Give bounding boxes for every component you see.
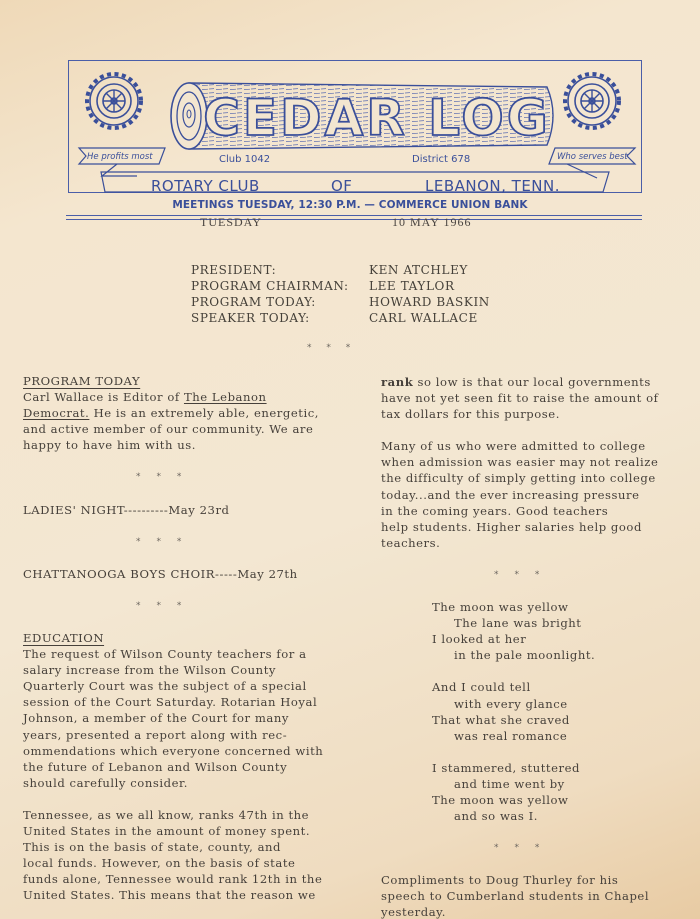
cedar-log-illustration: CEDAR LOG	[167, 79, 557, 151]
choir-notice: CHATTANOOGA BOYS CHOIR-----May 27th	[23, 566, 368, 582]
college-line: in the coming years. Good teachers	[381, 503, 700, 519]
college-line: teachers.	[381, 535, 700, 551]
club-number: Club 1042	[219, 154, 270, 165]
education-line: United States in the amount of money spe…	[23, 823, 368, 839]
education-line: Tennessee, as we all know, ranks 47th in…	[23, 807, 368, 823]
poem-line: And I could tell	[432, 679, 700, 695]
education-line: session of the Court Saturday. Rotarian …	[23, 694, 368, 710]
issue-day: TUESDAY	[200, 215, 262, 230]
poem-line: I stammered, stuttered	[432, 760, 700, 776]
poem-line: in the pale moonlight.	[432, 647, 700, 663]
header-rule	[66, 219, 642, 220]
poem-line: was real romance	[432, 728, 700, 744]
rotary-wheel-logo-left	[83, 69, 145, 133]
right-column: rank so low is that our local government…	[381, 374, 700, 919]
college-line: when admission was easier may not realiz…	[381, 454, 700, 470]
header-rule	[66, 215, 642, 216]
compliments-line: speech to Cumberland students in Chapel	[381, 888, 700, 904]
college-line: the difficulty of simply getting into co…	[381, 470, 700, 486]
continued-line: rank so low is that our local government…	[381, 374, 700, 390]
education-line: salary increase from the Wilson County	[23, 662, 368, 678]
poem-line: I looked at her	[432, 631, 700, 647]
officer-row: SPEAKER TODAY:CARL WALLACE	[191, 310, 490, 326]
section-separator: * * *	[381, 567, 700, 583]
education-line: Johnson, a member of the Court for many	[23, 710, 368, 726]
banner-of: OF	[331, 177, 352, 195]
education-line: Quarterly Court was the subject of a spe…	[23, 678, 368, 694]
education-line: ommendations which everyone concerned wi…	[23, 743, 368, 759]
banner-location: LEBANON, TENN.	[425, 177, 560, 195]
compliments-line: yesterday.	[381, 904, 700, 919]
section-separator: * * *	[307, 343, 350, 353]
continued-line: have not yet seen fit to raise the amoun…	[381, 390, 700, 406]
meeting-info: MEETINGS TUESDAY, 12:30 P.M. — COMMERCE …	[0, 199, 700, 211]
masthead: CEDAR LOG He profits most Who serves bes…	[68, 60, 642, 193]
section-separator: * * *	[23, 469, 368, 485]
college-line: today...and the ever increasing pressure	[381, 487, 700, 503]
poem-stanza-break	[432, 744, 700, 760]
district-number: District 678	[412, 154, 470, 165]
section-separator: * * *	[381, 840, 700, 856]
poem-line: with every glance	[432, 696, 700, 712]
section-separator: * * *	[23, 598, 368, 614]
rotary-wheel-logo-right	[561, 69, 623, 133]
college-line: help students. Higher salaries help good	[381, 519, 700, 535]
poem-line: and time went by	[432, 776, 700, 792]
officer-row: PROGRAM CHAIRMAN:LEE TAYLOR	[191, 278, 490, 294]
education-line: The request of Wilson County teachers fo…	[23, 646, 368, 662]
program-heading: PROGRAM TODAY	[23, 373, 368, 389]
education-heading: EDUCATION	[23, 630, 368, 646]
education-line: the future of Lebanon and Wilson County	[23, 759, 368, 775]
poem-line: The moon was yellow	[432, 792, 700, 808]
education-line: years, presented a report along with rec…	[23, 727, 368, 743]
program-line: Carl Wallace is Editor of The Lebanon	[23, 389, 368, 405]
ladies-night-notice: LADIES' NIGHT----------May 23rd	[23, 502, 368, 518]
compliments-line: Compliments to Doug Thurley for his	[381, 872, 700, 888]
poem-line: That what she craved	[432, 712, 700, 728]
poem: The moon was yellowThe lane was brightI …	[381, 599, 700, 824]
left-column: PROGRAM TODAY Carl Wallace is Editor of …	[23, 373, 368, 903]
college-line: Many of us who were admitted to college	[381, 438, 700, 454]
officer-row: PRESIDENT:KEN ATCHLEY	[191, 262, 490, 278]
poem-stanza-break	[432, 663, 700, 679]
poem-line: and so was I.	[432, 808, 700, 824]
program-line: happy to have him with us.	[23, 437, 368, 453]
education-line: This is on the basis of state, county, a…	[23, 839, 368, 855]
issue-date: 10 MAY 1966	[392, 215, 471, 230]
poem-line: The lane was bright	[432, 615, 700, 631]
education-line: United States. This means that the reaso…	[23, 887, 368, 903]
poem-line: The moon was yellow	[432, 599, 700, 615]
education-line: should carefully consider.	[23, 775, 368, 791]
motto-left: He profits most	[87, 152, 153, 162]
section-separator: * * *	[23, 534, 368, 550]
education-line: local funds. However, on the basis of st…	[23, 855, 368, 871]
education-line: funds alone, Tennessee would rank 12th i…	[23, 871, 368, 887]
program-line: Democrat. He is an extremely able, energ…	[23, 405, 368, 421]
motto-right: Who serves best	[557, 152, 628, 162]
program-line: and active member of our community. We a…	[23, 421, 368, 437]
officer-row: PROGRAM TODAY:HOWARD BASKIN	[191, 294, 490, 310]
continued-line: tax dollars for this purpose.	[381, 406, 700, 422]
banner-rotary-club: ROTARY CLUB	[151, 177, 260, 195]
officers-list: PRESIDENT:KEN ATCHLEY PROGRAM CHAIRMAN:L…	[191, 262, 490, 326]
newsletter-title: CEDAR LOG	[203, 89, 551, 147]
